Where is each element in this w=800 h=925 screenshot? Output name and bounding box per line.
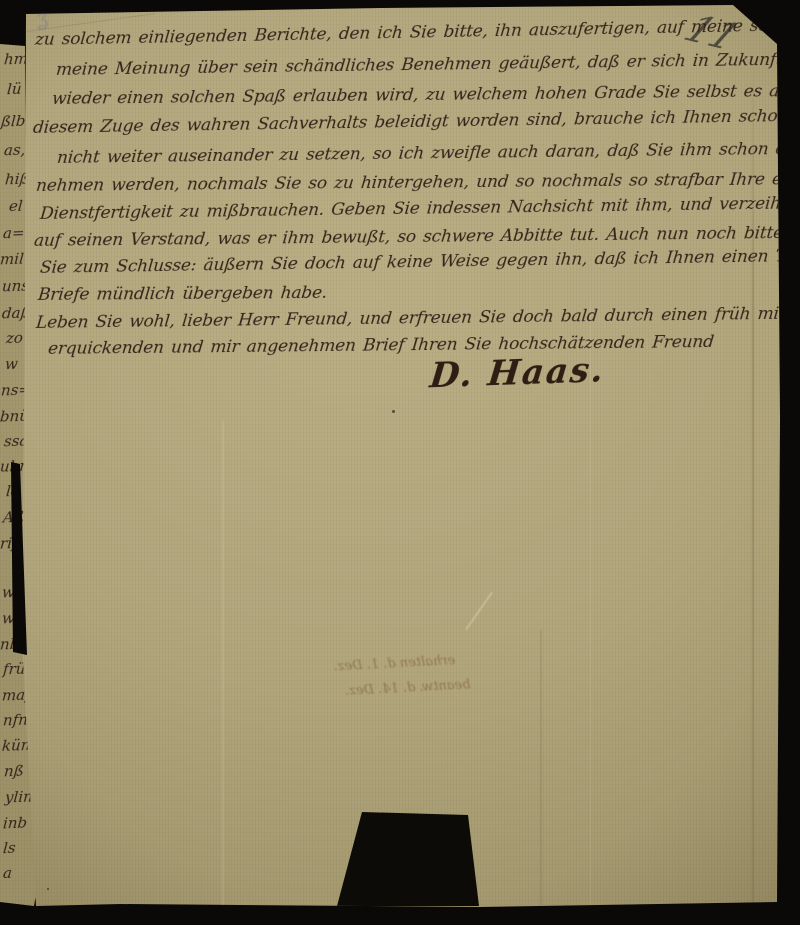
handwriting-line: meine Meinung über sein schändliches Ben… [55,48,800,81]
margin-fragment: ylin [4,790,33,806]
margin-fragment: ls [2,841,16,856]
paper-crease [540,630,542,906]
paper-crease [222,420,224,906]
ink-speck [392,410,395,413]
letter-page: ʓ 11 zu solchem einliegenden Berichte, d… [0,0,800,925]
handwriting-line: nehmen werden, nochmals Sie so zu hinter… [35,169,800,197]
margin-fragment: w [4,357,18,372]
handwriting-line: erquickenden und mir angenehmen Brief Ih… [47,332,715,360]
margin-fragment: a= [2,226,25,242]
margin-fragment: zo [5,331,23,347]
margin-fragment: hm [3,52,28,68]
scanned-letter-photograph: hmlüßlbnas,hißela=milunsdaßzowns=bnü=ssa… [0,0,800,925]
margin-fragment: a [2,866,12,881]
margin-fragment: frü [2,662,26,678]
handwriting-line: diesem Zuge des wahren Sachverhalts bele… [32,106,800,140]
margin-fragment: lü [6,82,22,97]
margin-fragment: mil [0,252,24,268]
pencil-scribble-mark: ʓ [35,7,50,31]
paper-crease [590,300,591,906]
ink-offset-mirrored-text: erhalten d. 1. Dez.beantw. d. 14. Dez. [289,647,471,707]
ink-speck [47,888,49,890]
margin-fragment: as, [3,143,26,159]
handwriting-line: nicht weiter auseinander zu setzen, so i… [56,138,800,169]
handwriting-line: Dienstfertigkeit zu mißbrauchen. Geben S… [39,192,800,225]
paper-scratch [465,592,493,631]
margin-fragment: inb [2,816,27,832]
handwriting-line: wieder einen solchen Spaß erlauben wird,… [51,80,800,110]
handwriting-line: Briefe mündlich übergeben habe. [37,283,328,306]
signature: D. Haas. [428,353,607,393]
margin-fragment: nfn [2,713,28,729]
handwriting-line: Leben Sie wohl, lieber Herr Freund, und … [35,303,800,334]
margin-fragment: el [8,199,23,214]
margin-fragment: nß [3,764,24,780]
black-cutout-shape [0,0,800,925]
ink-speck [365,98,367,100]
